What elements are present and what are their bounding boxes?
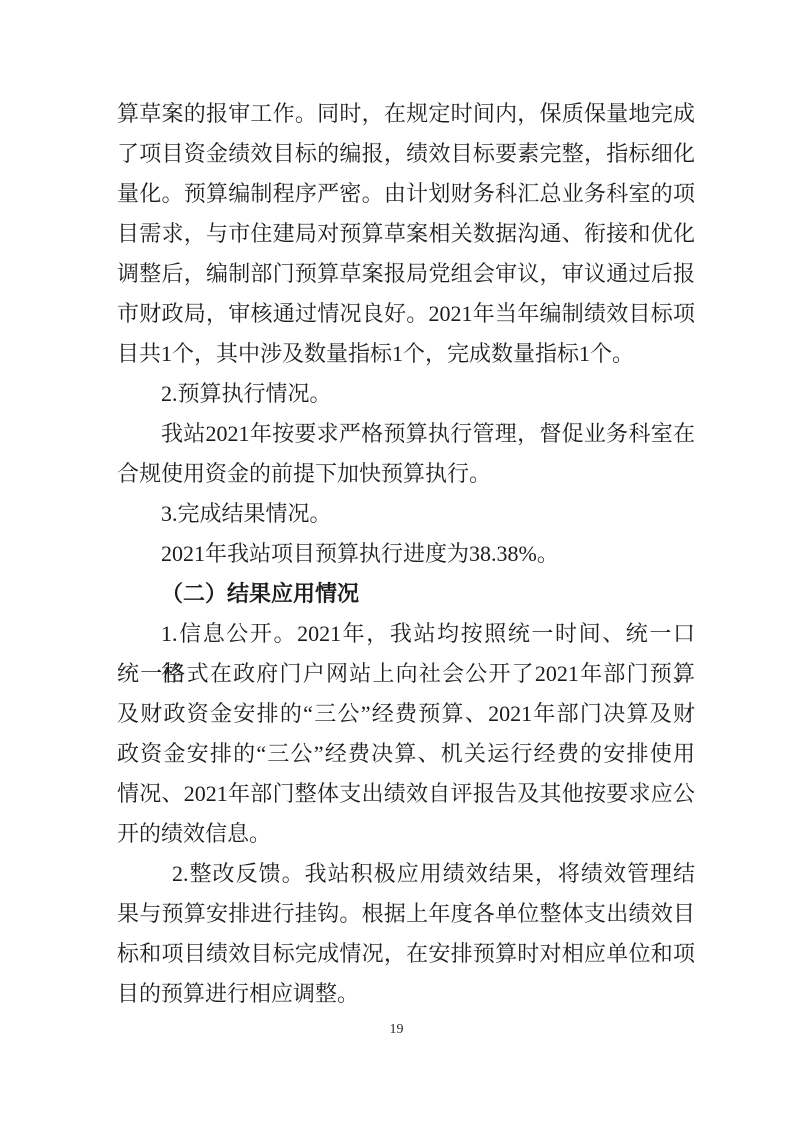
text-line: 开的绩效信息。 (117, 814, 695, 854)
page-number: 19 (0, 1022, 793, 1038)
text-line: 合规使用资金的前提下加快预算执行。 (117, 454, 695, 494)
text-line: 2.整改反馈。我站积极应用绩效结果，将绩效管理结 (117, 854, 695, 894)
text-line: 统一格式在政府门户网站上向社会公开了2021年部门预算 (117, 654, 695, 694)
document-page: 算草案的报审工作。同时，在规定时间内，保质保量地完成了项目资金绩效目标的编报，绩… (0, 0, 793, 1122)
text-line: 标和项目绩效目标完成情况，在安排预算时对相应单位和项 (117, 934, 695, 974)
text-line: 我站2021年按要求严格预算执行管理，督促业务科室在 (117, 414, 695, 454)
text-line: 政资金安排的“三公”经费决算、机关运行经费的安排使用 (117, 734, 695, 774)
text-line: 调整后，编制部门预算草案报局党组会审议，审议通过后报 (117, 254, 695, 294)
text-line: 及财政资金安排的“三公”经费预算、2021年部门决算及财 (117, 694, 695, 734)
text-line: 市财政局，审核通过情况良好。2021年当年编制绩效目标项 (117, 294, 695, 334)
text-line: 2021年我站项目预算执行进度为38.38%。 (117, 534, 695, 574)
section-heading: （二）结果应用情况 (117, 574, 695, 614)
text-line: 目需求，与市住建局对预算草案相关数据沟通、衔接和优化 (117, 214, 695, 254)
text-line: 量化。预算编制程序严密。由计划财务科汇总业务科室的项 (117, 174, 695, 214)
text-line: 果与预算安排进行挂钩。根据上年度各单位整体支出绩效目 (117, 894, 695, 934)
text-line: 1.信息公开。2021年，我站均按照统一时间、统一口径、 (117, 614, 695, 654)
text-line: 2.预算执行情况。 (117, 374, 695, 414)
document-body: 算草案的报审工作。同时，在规定时间内，保质保量地完成了项目资金绩效目标的编报，绩… (117, 94, 695, 1014)
text-line: 目共1个，其中涉及数量指标1个，完成数量指标1个。 (117, 334, 695, 374)
text-line: 目的预算进行相应调整。 (117, 974, 695, 1014)
text-line: 了项目资金绩效目标的编报，绩效目标要素完整，指标细化 (117, 134, 695, 174)
text-line: 算草案的报审工作。同时，在规定时间内，保质保量地完成 (117, 94, 695, 134)
text-line: 情况、2021年部门整体支出绩效自评报告及其他按要求应公 (117, 774, 695, 814)
text-line: 3.完成结果情况。 (117, 494, 695, 534)
